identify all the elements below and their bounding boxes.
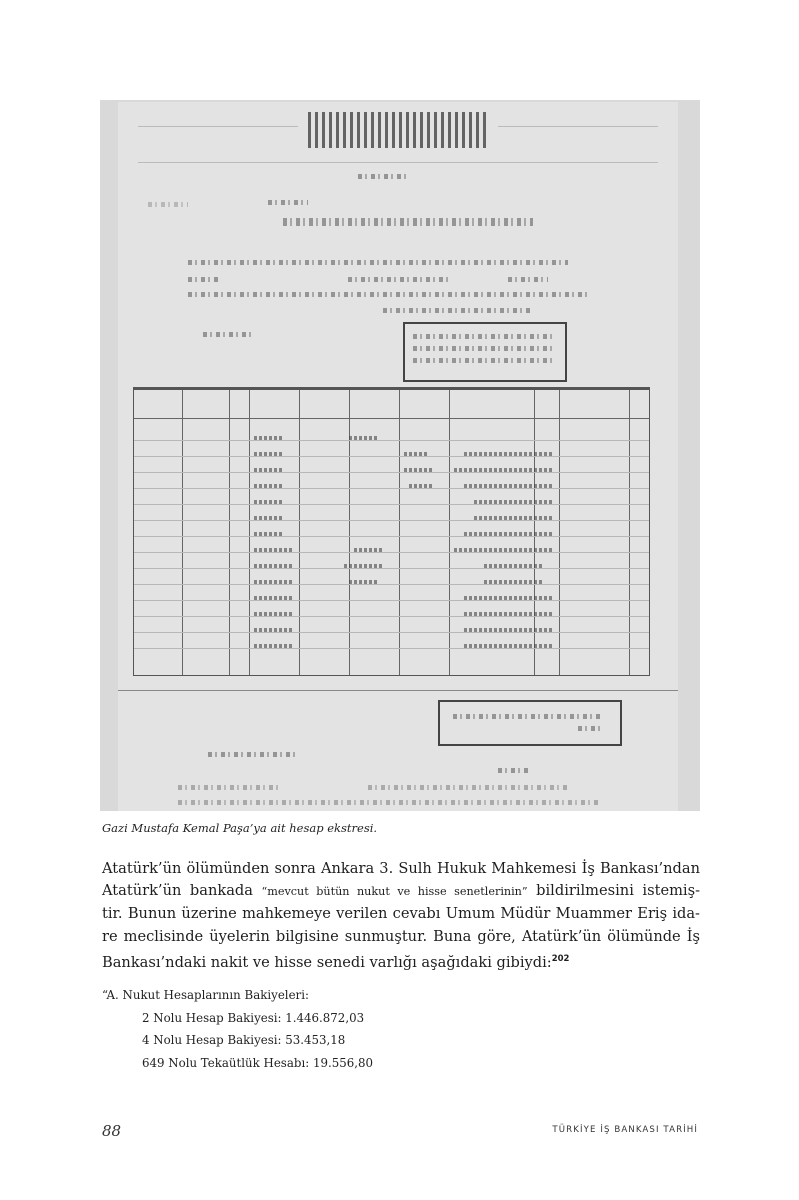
body-line-5: Bankası’ndaki nakit ve hisse senedi varl… <box>102 948 700 974</box>
body-text-segment: Atatürk’ün bankada <box>102 882 253 899</box>
list-item: 2 Nolu Hesap Bakiyesi: 1.446.872,03 <box>102 1007 373 1030</box>
body-line-1: Atatürk’ün ölümünden sonra Ankara 3. Sul… <box>102 858 700 880</box>
body-line-2: Atatürk’ün bankada “mevcut bütün nukut v… <box>102 880 700 903</box>
archival-document-image <box>100 100 700 811</box>
figure-caption: Gazi Mustafa Kemal Paşa’ya ait hesap eks… <box>102 821 377 835</box>
statement-sheet <box>118 102 678 811</box>
account-balances-quote: “A. Nukut Hesaplarının Bakiyeleri: 2 Nol… <box>102 984 373 1074</box>
bank-letterhead-calligraphy <box>308 112 488 148</box>
stamp-box <box>403 322 567 382</box>
body-paragraph: Atatürk’ün ölümünden sonra Ankara 3. Sul… <box>102 858 700 974</box>
ledger-table <box>133 387 650 676</box>
note-box <box>438 700 622 746</box>
list-item: 4 Nolu Hesap Bakiyesi: 53.453,18 <box>102 1029 373 1052</box>
quote-heading: “A. Nukut Hesaplarının Bakiyeleri: <box>102 984 373 1007</box>
page-number: 88 <box>102 1122 121 1140</box>
running-head: TÜRKİYE İŞ BANKASI TARİHİ <box>552 1125 698 1135</box>
body-line-4: re meclisinde üyelerin bilgisine sunmuşt… <box>102 926 700 948</box>
body-text-segment: bildirilmesini istemiş- <box>536 882 700 899</box>
body-text-segment: Bankası’ndaki nakit ve hisse senedi varl… <box>102 954 552 971</box>
inline-quotation: “mevcut bütün nukut ve hisse senetlerini… <box>262 885 528 898</box>
list-item: 649 Nolu Tekaütlük Hesabı: 19.556,80 <box>102 1052 373 1075</box>
footnote-reference[interactable]: 202 <box>552 954 570 964</box>
body-line-3: tir. Bunun üzerine mahkemeye verilen cev… <box>102 903 700 925</box>
